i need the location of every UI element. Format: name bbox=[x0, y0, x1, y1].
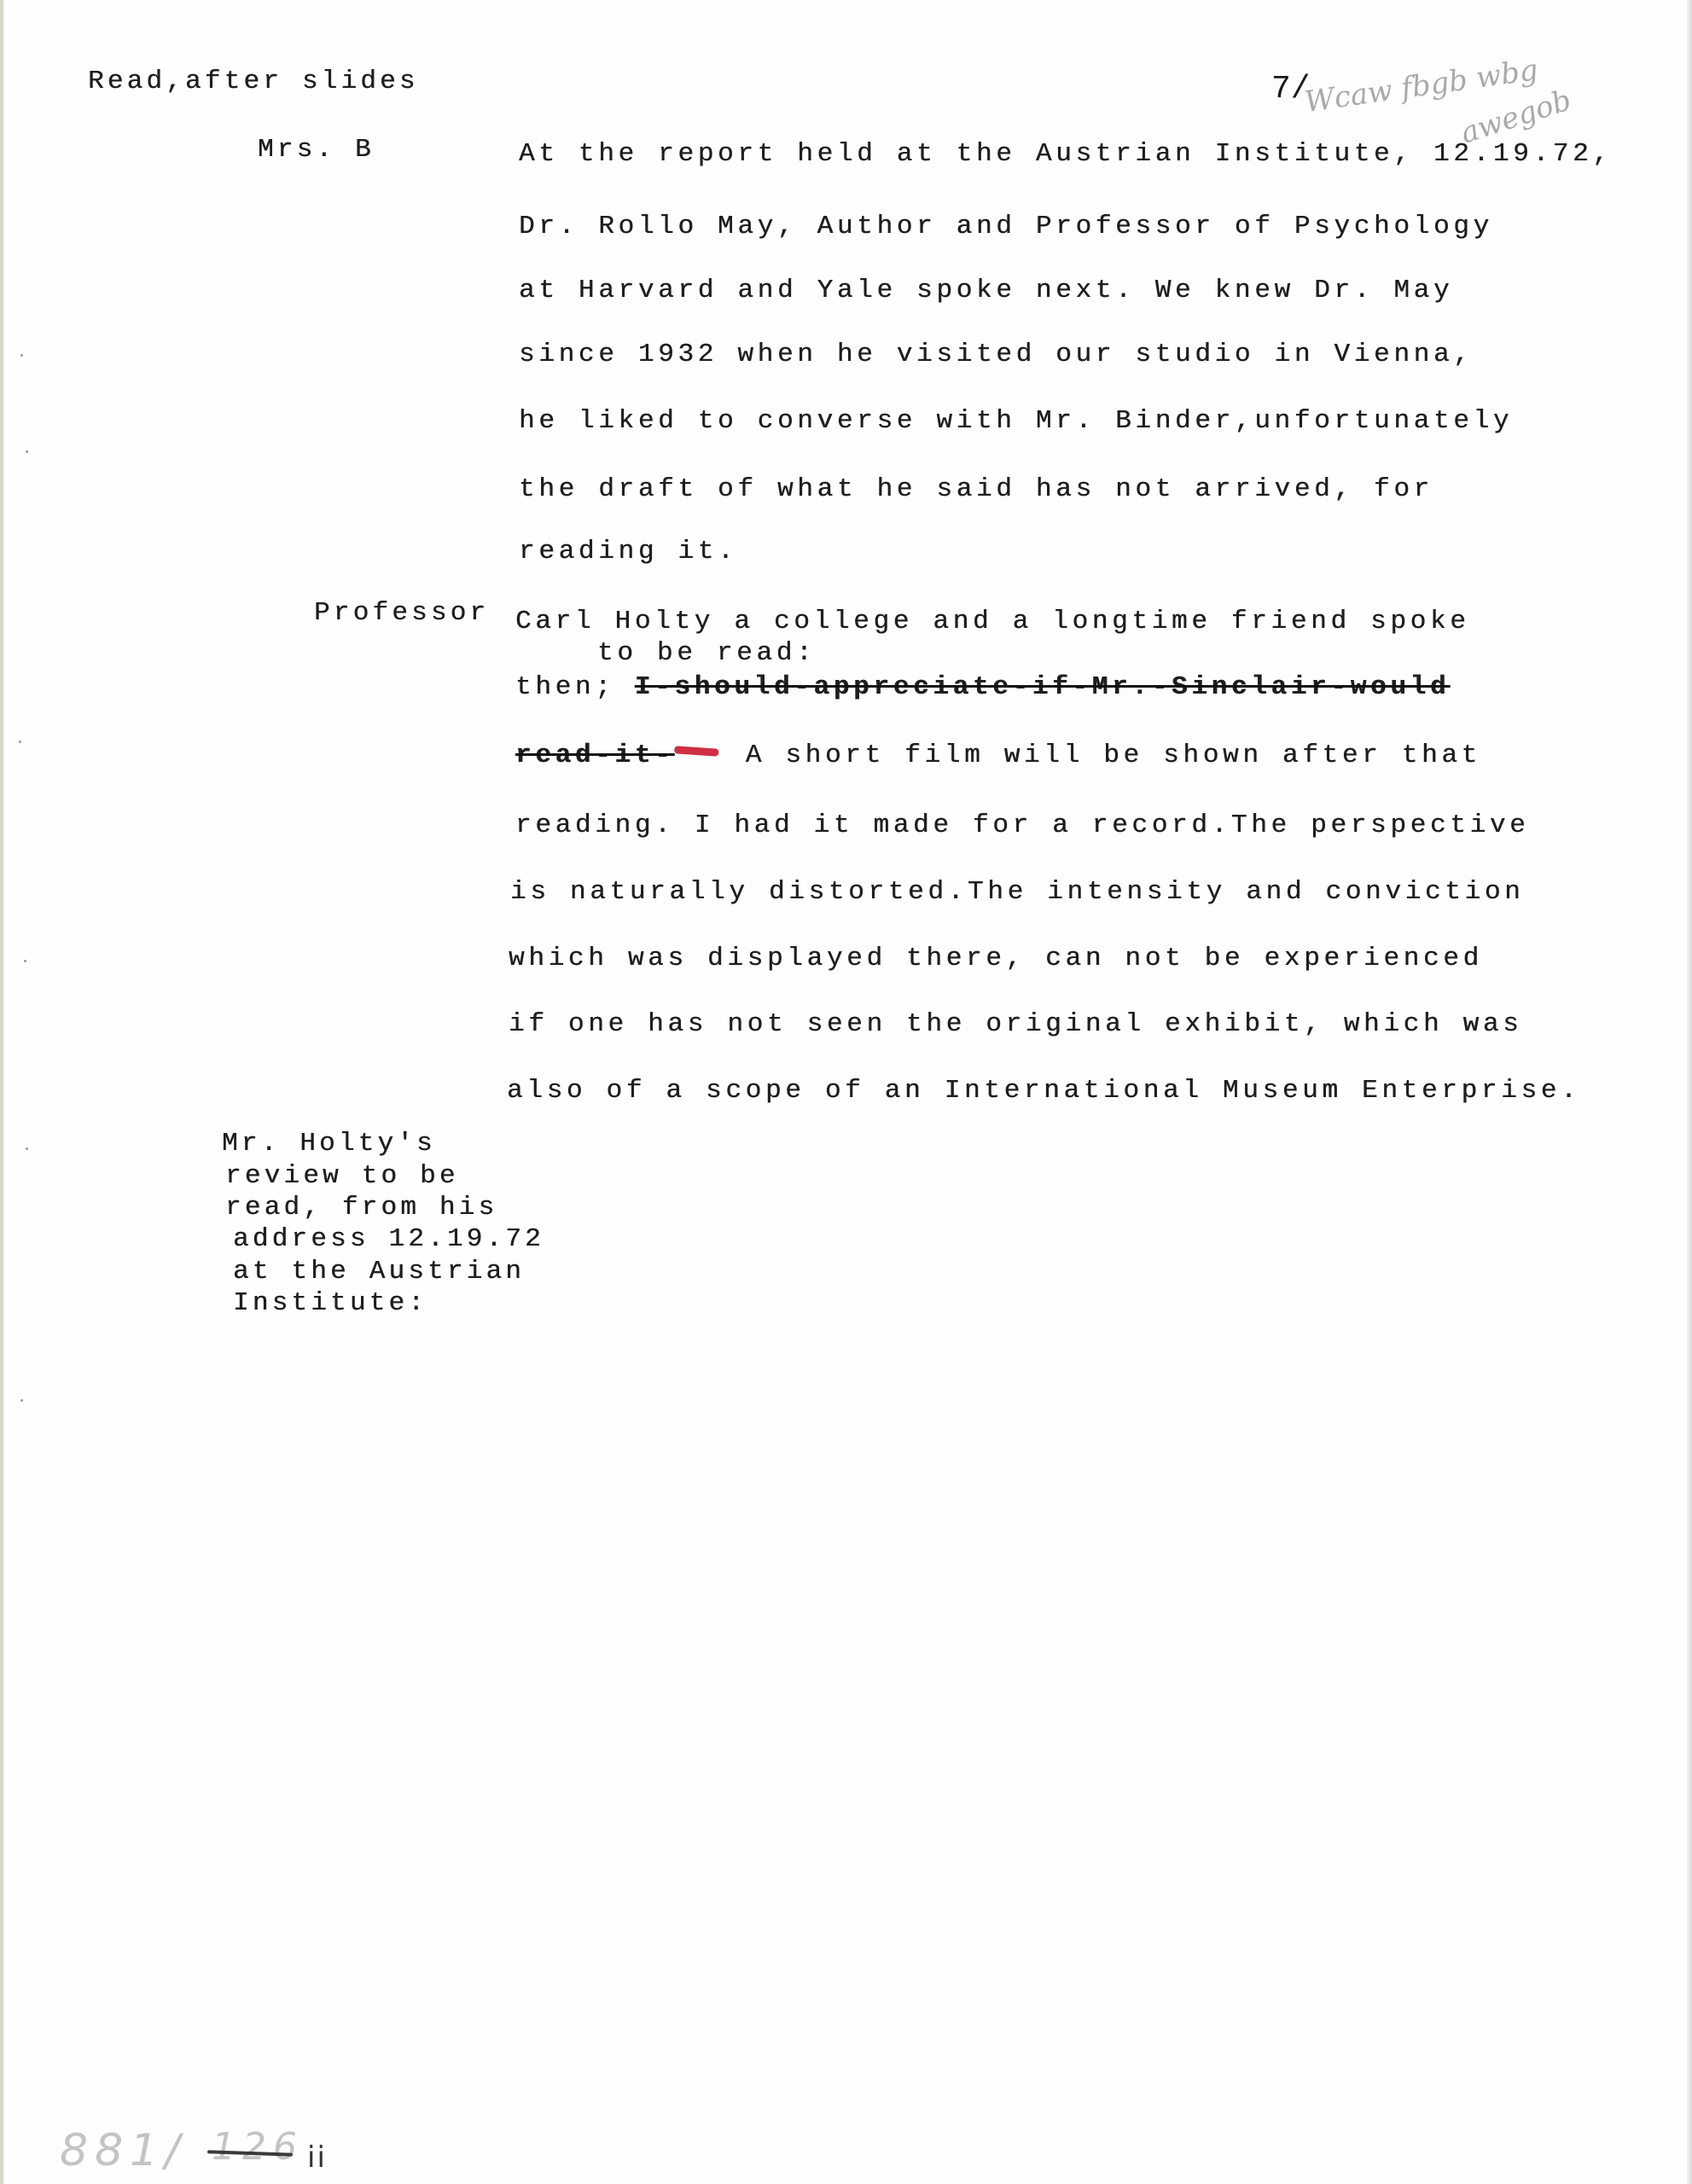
paragraph-line-with-strike: then; I-should-appreciate-if-Mr.-Sinclai… bbox=[515, 674, 1450, 700]
paragraph-line: is naturally distorted.The intensity and… bbox=[510, 879, 1524, 905]
paragraph-line: at Harvard and Yale spoke next. We knew … bbox=[519, 277, 1453, 304]
paragraph-line: the draft of what he said has not arrive… bbox=[519, 476, 1433, 502]
paragraph-line: since 1932 when he visited our studio in… bbox=[519, 341, 1474, 368]
page-right-edge bbox=[1687, 0, 1692, 2184]
paper-speck bbox=[20, 1399, 23, 1402]
speaker-professor: Professor bbox=[314, 600, 489, 626]
paragraph-line: Carl Holty a college and a longtime frie… bbox=[515, 608, 1470, 635]
red-correction-mark bbox=[674, 746, 719, 758]
margin-note-line: Institute: bbox=[233, 1290, 427, 1316]
struck-text: read-it- bbox=[515, 741, 674, 770]
line-rest: A short film will be shown after that bbox=[725, 741, 1481, 770]
archive-suffix: ii bbox=[307, 2143, 327, 2172]
insertion-note: to be read: bbox=[597, 640, 816, 666]
margin-note-line: read, from his bbox=[225, 1194, 497, 1221]
paper-speck bbox=[26, 450, 28, 453]
struck-text: I-should-appreciate-if-Mr.-Sinclair-woul… bbox=[635, 672, 1450, 702]
archive-struck-number: 126 bbox=[212, 2129, 304, 2166]
line-prefix: then; bbox=[515, 672, 635, 702]
paragraph-line: also of a scope of an International Muse… bbox=[507, 1077, 1580, 1104]
paragraph-line-with-strike: read-it- A short film will be shown afte… bbox=[515, 742, 1481, 769]
paper-speck bbox=[26, 1147, 28, 1150]
paragraph-line: which was displayed there, can not be ex… bbox=[509, 945, 1483, 972]
speaker-mrs-b: Mrs. B bbox=[258, 136, 375, 163]
paper-speck bbox=[19, 741, 21, 743]
paragraph-line: Dr. Rollo May, Author and Professor of P… bbox=[519, 213, 1493, 240]
margin-note-line: address 12.19.72 bbox=[233, 1226, 544, 1252]
paper-speck bbox=[24, 960, 26, 962]
paragraph-line: if one has not seen the original exhibit… bbox=[509, 1011, 1522, 1037]
paragraph-line: reading. I had it made for a record.The … bbox=[515, 812, 1529, 839]
archive-number: 881/ bbox=[60, 2129, 187, 2173]
document-page: Read,after slides 7/ Wcaw fbgb wbg awego… bbox=[0, 0, 1692, 2184]
margin-note-line: at the Austrian bbox=[233, 1258, 525, 1285]
paragraph-line: At the report held at the Austrian Insti… bbox=[519, 141, 1613, 167]
header-note: Read,after slides bbox=[88, 68, 419, 95]
margin-note-line: review to be bbox=[225, 1163, 459, 1189]
page-left-edge bbox=[0, 0, 3, 2184]
paragraph-line: reading it. bbox=[519, 538, 737, 565]
paragraph-line: he liked to converse with Mr. Binder,unf… bbox=[519, 408, 1513, 434]
margin-note-line: Mr. Holty's bbox=[222, 1130, 436, 1157]
paper-speck bbox=[20, 354, 23, 357]
